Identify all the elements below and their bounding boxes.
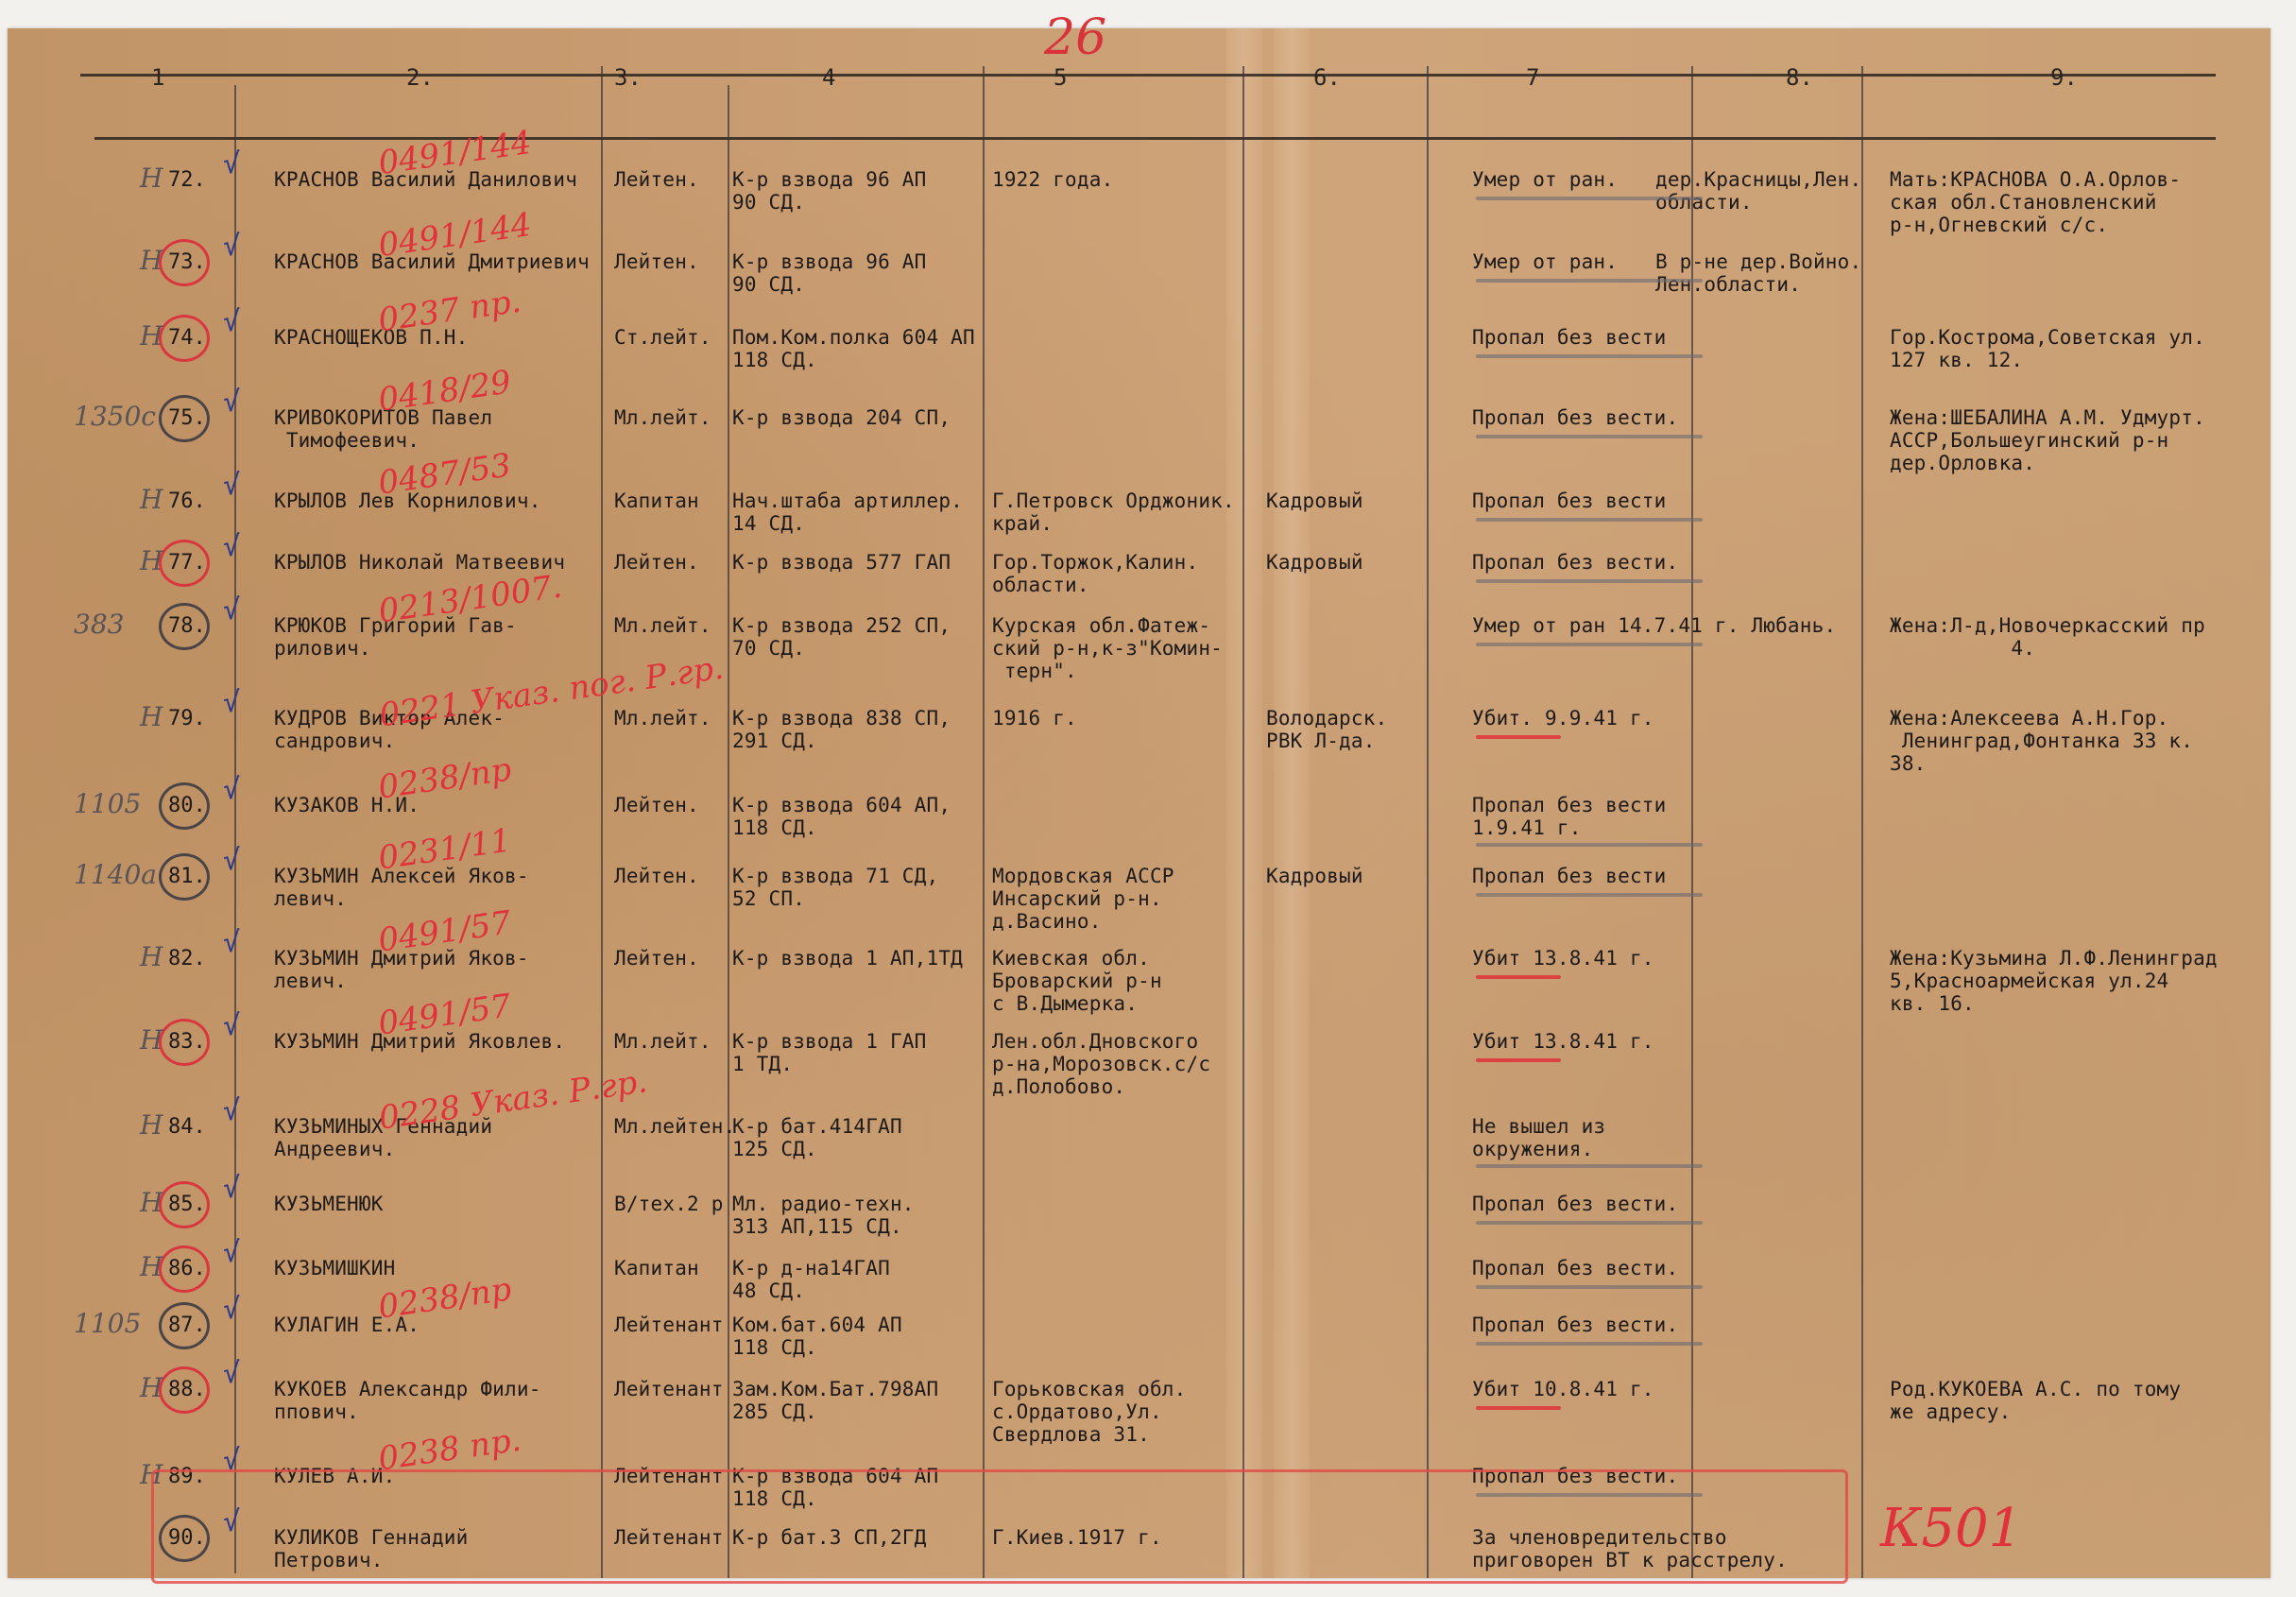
- military-rank: Ст.лейт.: [614, 326, 711, 349]
- military-rank: Лейтенант: [614, 1314, 724, 1336]
- margin-annotation: Н: [140, 245, 163, 276]
- column-header-8: 8.: [1786, 64, 1813, 91]
- margin-annotation: Н: [140, 1024, 163, 1056]
- military-rank: В/тех.2 р: [614, 1193, 724, 1215]
- position-unit: Пом.Ком.полка 604 АП 118 СД.: [732, 326, 975, 371]
- relatives-address: Жена:Алексеева А.Н.Гор. Ленинград,Фонтан…: [1890, 707, 2193, 775]
- origin-info: Кадровый: [1266, 551, 1363, 574]
- check-mark-icon: √: [223, 1009, 240, 1042]
- relatives-address: Гор.Кострома,Советская ул. 127 кв. 12.: [1890, 326, 2205, 371]
- check-mark-icon: √: [223, 1236, 240, 1269]
- archive-mark: К501: [1880, 1498, 2022, 1559]
- paper-fold: [1226, 28, 1262, 1578]
- row-number: 73.: [168, 250, 206, 274]
- position-unit: К-р взвода 252 СП, 70 СД.: [732, 614, 951, 660]
- margin-annotation: Н: [140, 1251, 163, 1282]
- column-header-9: 9.: [2050, 64, 2078, 91]
- fate: Пропал без вести.: [1472, 406, 1678, 429]
- column-divider: [601, 66, 603, 1578]
- column-header-5: 5: [1054, 64, 1067, 91]
- fate-underline: [1476, 1406, 1561, 1410]
- margin-annotation: Н: [140, 320, 163, 352]
- column-header-1: 1: [151, 64, 164, 91]
- check-mark-icon: √: [223, 1357, 240, 1390]
- fate-underline: [1476, 1058, 1561, 1062]
- fate: Убит 10.8.41 г.: [1472, 1378, 1654, 1400]
- row-number: 80.: [168, 794, 206, 817]
- fate: Пропал без вести: [1472, 865, 1667, 887]
- fate-underline: [1476, 643, 1703, 646]
- origin-info: Кадровый: [1266, 865, 1363, 887]
- position-unit: К-р взвода 604 АП, 118 СД.: [732, 794, 951, 839]
- row-number: 84.: [168, 1115, 206, 1139]
- row-number: 77.: [168, 551, 206, 575]
- burial-place: В р-не дер.Войно. Лен.области.: [1655, 250, 1861, 296]
- check-mark-icon: √: [223, 593, 240, 627]
- fate-underline: [1476, 197, 1703, 200]
- fate-underline: [1476, 735, 1561, 739]
- fate: Умер от ран 14.7.41 г. Любань.: [1472, 614, 1836, 637]
- handwritten-page-number: 26: [1044, 9, 1106, 66]
- military-rank: Мл.лейтен.: [614, 1115, 735, 1138]
- position-unit: Нач.штаба артиллер. 14 СД.: [732, 489, 963, 535]
- position-unit: К-р взвода 1 АП,1ТД: [732, 947, 963, 970]
- fate-underline: [1476, 1164, 1703, 1168]
- relatives-address: Жена:ШЕБАЛИНА А.М. Удмурт. АССР,Большеуг…: [1890, 406, 2205, 474]
- relatives-address: Род.КУКОЕВА А.С. по тому же адресу.: [1890, 1378, 2181, 1423]
- row-number: 82.: [168, 947, 206, 970]
- column-header-4: 4: [822, 64, 835, 91]
- fate: Пропал без вести.: [1472, 1314, 1678, 1336]
- fate-underline: [1476, 893, 1703, 897]
- row-number: 78.: [168, 614, 206, 638]
- margin-annotation: Н: [140, 484, 163, 515]
- fate: Умер от ран.: [1472, 168, 1618, 191]
- margin-annotation: Н: [140, 545, 163, 576]
- position-unit: К-р д-на14ГАП 48 СД.: [732, 1257, 890, 1302]
- header-top-rule: [80, 74, 2216, 77]
- military-rank: Капитан: [614, 489, 699, 512]
- fate: Убит 13.8.41 г.: [1472, 1030, 1654, 1053]
- full-name: КУЗЬМИШКИН: [274, 1257, 395, 1279]
- check-mark-icon: √: [223, 147, 240, 180]
- birth-info: 1922 года.: [992, 168, 1113, 191]
- column-divider: [728, 85, 729, 1578]
- position-unit: К-р взвода 204 СП,: [732, 406, 951, 429]
- burial-place: дер.Красницы,Лен. области.: [1655, 168, 1861, 214]
- military-rank: Мл.лейт.: [614, 614, 711, 637]
- relatives-address: Жена:Л-д,Новочеркасский пр 4.: [1890, 614, 2205, 660]
- position-unit: Зам.Ком.Бат.798АП 285 СД.: [732, 1378, 938, 1423]
- military-rank: Капитан: [614, 1257, 699, 1279]
- position-unit: К-р взвода 96 АП 90 СД.: [732, 250, 927, 296]
- check-mark-icon: √: [223, 1293, 240, 1326]
- birth-info: Курская обл.Фатеж- ский р-н,к-з"Комин- т…: [992, 614, 1223, 682]
- margin-annotation: Н: [140, 1109, 163, 1141]
- position-unit: К-р взвода 1 ГАП 1 ТД.: [732, 1030, 927, 1075]
- origin-info: Володарск. РВК Л-да.: [1266, 707, 1387, 752]
- fate-underline: [1476, 354, 1703, 358]
- military-rank: Лейтен.: [614, 250, 699, 273]
- military-rank: Лейтен.: [614, 865, 699, 887]
- fate-underline: [1476, 579, 1703, 583]
- fate: Умер от ран.: [1472, 250, 1618, 273]
- row-number: 79.: [168, 707, 206, 730]
- fate: Пропал без вести.: [1472, 1257, 1678, 1279]
- row-number: 74.: [168, 326, 206, 350]
- row-number: 85.: [168, 1193, 206, 1216]
- check-mark-icon: √: [223, 1094, 240, 1127]
- position-unit: Ком.бат.604 АП 118 СД.: [732, 1314, 902, 1359]
- column-header-3: 3.: [614, 64, 642, 91]
- position-unit: К-р взвода 71 СД, 52 СП.: [732, 865, 938, 910]
- check-mark-icon: √: [223, 773, 240, 806]
- military-rank: Мл.лейт.: [614, 1030, 711, 1053]
- position-unit: К-р взвода 96 АП 90 СД.: [732, 168, 927, 214]
- margin-annotation: Н: [140, 163, 163, 194]
- fate-underline: [1476, 975, 1561, 979]
- position-unit: Мл. радио-техн. 313 АП,115 СД.: [732, 1193, 915, 1238]
- margin-annotation: Н: [140, 941, 163, 972]
- row-number: 72.: [168, 168, 206, 192]
- relatives-address: Жена:Кузьмина Л.Ф.Ленинград 5,Красноарме…: [1890, 947, 2218, 1015]
- birth-info: 1916 г.: [992, 707, 1077, 730]
- birth-info: Гор.Торжок,Калин. области.: [992, 551, 1198, 596]
- fate: Убит 13.8.41 г.: [1472, 947, 1654, 970]
- column-header-2: 2.: [406, 64, 434, 91]
- margin-annotation: 383: [74, 609, 124, 640]
- fate-underline: [1476, 1342, 1703, 1346]
- column-header-6: 6.: [1313, 64, 1341, 91]
- fate: Не вышел из окружения.: [1472, 1115, 1605, 1160]
- full-name: КУЗЬМЕНЮК: [274, 1193, 384, 1215]
- column-divider: [1427, 66, 1429, 1578]
- margin-annotation: Н: [140, 1372, 163, 1403]
- military-rank: Мл.лейт.: [614, 707, 711, 730]
- check-mark-icon: √: [223, 686, 240, 719]
- relatives-address: Мать:КРАСНОВА О.А.Орлов- ская обл.Станов…: [1890, 168, 2181, 236]
- fate-underline: [1476, 518, 1703, 522]
- column-divider: [983, 66, 985, 1578]
- birth-info: Киевская обл. Броварский р-н с В.Дымерка…: [992, 947, 1162, 1015]
- check-mark-icon: √: [223, 530, 240, 563]
- margin-annotation: 1105: [74, 1308, 141, 1339]
- fate-underline: [1476, 435, 1703, 438]
- birth-info: Лен.обл.Дновского р-на,Морозовск.с/с д.П…: [992, 1030, 1210, 1098]
- military-rank: Лейтен.: [614, 947, 699, 970]
- red-pencil-box: [151, 1469, 1848, 1584]
- full-name: КУКОЕВ Александр Фили- ппович.: [274, 1378, 541, 1423]
- row-number: 87.: [168, 1314, 206, 1337]
- origin-info: Кадровый: [1266, 489, 1363, 512]
- check-mark-icon: √: [223, 844, 240, 877]
- row-number: 81.: [168, 865, 206, 888]
- check-mark-icon: √: [223, 305, 240, 338]
- military-rank: Лейтен.: [614, 168, 699, 191]
- fate-underline: [1476, 279, 1703, 283]
- military-rank: Лейтен.: [614, 551, 699, 574]
- row-number: 75.: [168, 406, 206, 430]
- paper-fold: [1274, 28, 1310, 1578]
- margin-annotation: 1105: [74, 788, 141, 819]
- check-mark-icon: √: [223, 1172, 240, 1205]
- margin-annotation: Н: [140, 701, 163, 732]
- margin-annotation: Н: [140, 1187, 163, 1218]
- row-number: 86.: [168, 1257, 206, 1280]
- check-mark-icon: √: [223, 469, 240, 502]
- birth-info: Г.Петровск Орджоник. край.: [992, 489, 1235, 535]
- row-number: 83.: [168, 1030, 206, 1054]
- fate-underline: [1476, 1285, 1703, 1289]
- position-unit: К-р взвода 838 СП, 291 СД.: [732, 707, 951, 752]
- position-unit: К-р бат.414ГАП 125 СД.: [732, 1115, 902, 1160]
- margin-annotation: 1140а: [74, 859, 157, 890]
- fate: Пропал без вести: [1472, 489, 1667, 512]
- birth-info: Горьковская обл. с.Ордатово,Ул. Свердлов…: [992, 1378, 1187, 1446]
- fate: Пропал без вести 1.9.41 г.: [1472, 794, 1667, 839]
- check-mark-icon: √: [223, 926, 240, 959]
- margin-annotation: 1350с: [74, 401, 156, 432]
- birth-info: Мордовская АССР Инсарский р-н. д.Васино.: [992, 865, 1174, 933]
- fate: Убит. 9.9.41 г.: [1472, 707, 1654, 730]
- check-mark-icon: √: [223, 386, 240, 419]
- column-header-7: 7: [1526, 64, 1539, 91]
- military-rank: Лейтенант: [614, 1378, 724, 1400]
- fate-underline: [1476, 843, 1703, 847]
- fate-underline: [1476, 1221, 1703, 1225]
- military-rank: Лейтен.: [614, 794, 699, 816]
- row-number: 76.: [168, 489, 206, 513]
- fate: Пропал без вести: [1472, 326, 1667, 349]
- column-divider: [1242, 66, 1244, 1578]
- fate: Пропал без вести.: [1472, 1193, 1678, 1215]
- military-rank: Мл.лейт.: [614, 406, 711, 429]
- check-mark-icon: √: [223, 230, 240, 263]
- full-name: КРЫЛОВ Николай Матвеевич: [274, 551, 565, 574]
- row-number: 88.: [168, 1378, 206, 1401]
- fate: Пропал без вести.: [1472, 551, 1678, 574]
- position-unit: К-р взвода 577 ГАП: [732, 551, 951, 574]
